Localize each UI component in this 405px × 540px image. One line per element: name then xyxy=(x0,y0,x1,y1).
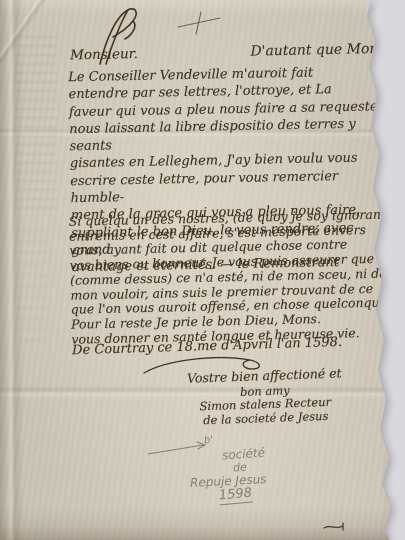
manuscript-paper: Monsieur. D'autant que Mons. Le Conseill… xyxy=(0,0,405,540)
paper-wrap: Monsieur. D'autant que Mons. Le Conseill… xyxy=(0,0,405,540)
greeting-text: Monsieur. xyxy=(70,46,138,63)
opening-text: D'autant que Mons. xyxy=(250,41,390,60)
ink-scribble-mark-icon xyxy=(322,521,348,533)
ink-bleedthrough-left-lower xyxy=(16,230,52,350)
photograph-backdrop: Monsieur. D'autant que Mons. Le Conseill… xyxy=(0,0,405,540)
pencil-year-underlined: 1598 xyxy=(218,486,252,506)
pencil-b-mark: b' xyxy=(203,435,213,447)
body-text-lower: Si quelqu'un des nostres, (de quoy je so… xyxy=(69,207,396,347)
ink-bleedthrough-left xyxy=(14,36,58,216)
pencil-note-year: 1598 xyxy=(218,486,252,506)
cross-mark-icon xyxy=(176,10,222,36)
closing-block: Vostre bien affectioné etbon amySimon st… xyxy=(149,365,381,429)
pencil-arrow-icon xyxy=(146,440,212,458)
